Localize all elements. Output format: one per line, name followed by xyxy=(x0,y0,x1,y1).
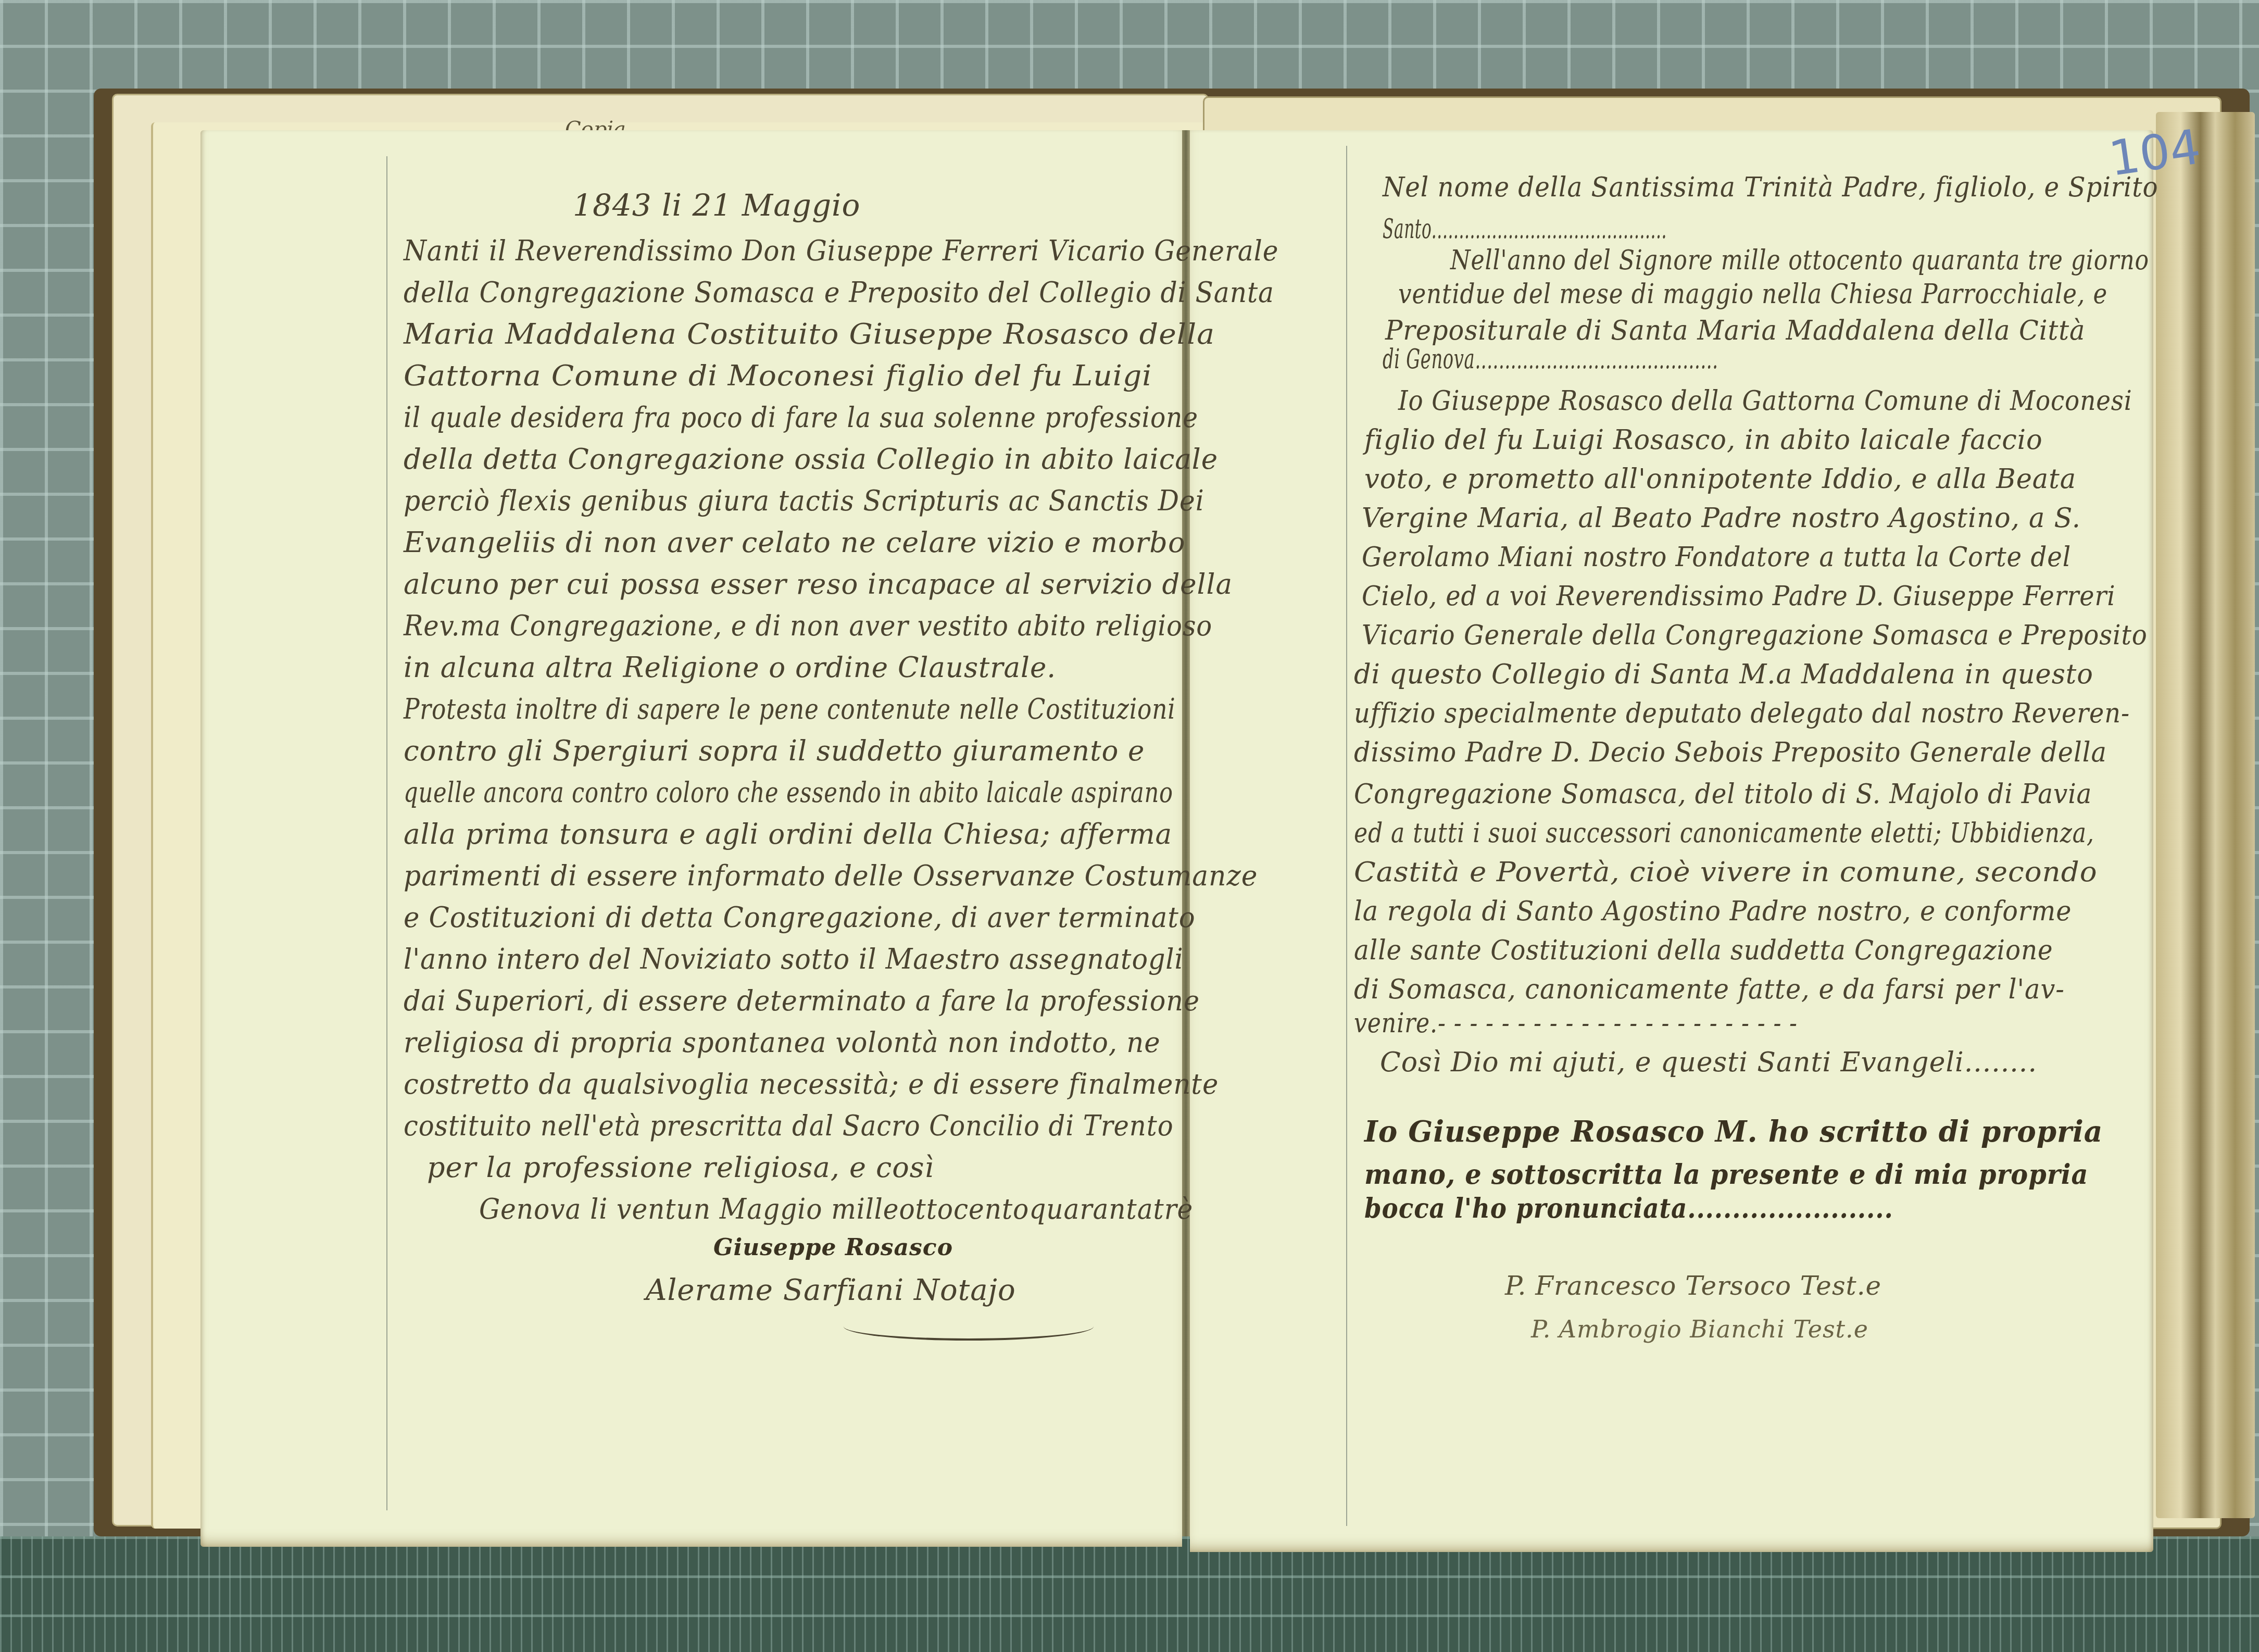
right-margin-rule xyxy=(1346,146,1347,1526)
manuscript-line: di Genova...............................… xyxy=(1383,344,1718,375)
manuscript-line: Nanti il Reverendissimo Don Giuseppe Fer… xyxy=(404,234,1278,267)
manuscript-line: Santo...................................… xyxy=(1383,214,1667,245)
manuscript-line: il quale desidera fra poco di fare la su… xyxy=(404,401,1198,434)
witness-signature: P. Ambrogio Bianchi Test.e xyxy=(1531,1315,1868,1343)
attestation-line: Io Giuseppe Rosasco M. ho scritto di pro… xyxy=(1364,1115,2103,1149)
manuscript-line: Gerolamo Miani nostro Fondatore a tutta … xyxy=(1362,542,2071,573)
manuscript-line: quelle ancora contro coloro che essendo … xyxy=(404,776,1173,809)
manuscript-line: dissimo Padre D. Decio Sebois Preposito … xyxy=(1354,737,2107,768)
manuscript-line: Prepositurale di Santa Maria Maddalena d… xyxy=(1385,315,2086,346)
manuscript-line: alle sante Costituzioni della suddetta C… xyxy=(1354,935,2053,966)
date-heading: 1843 li 21 Maggio xyxy=(573,187,861,223)
manuscript-line: costretto da qualsivoglia necessità; e d… xyxy=(404,1068,1219,1100)
manuscript-line: Evangeliis di non aver celato ne celare … xyxy=(404,526,1185,559)
manuscript-line: di questo Collegio di Santa M.a Maddalen… xyxy=(1354,659,2093,690)
notary-flourish xyxy=(844,1312,1094,1341)
manuscript-line: Nel nome della Santissima Trinità Padre,… xyxy=(1383,172,2158,203)
manuscript-line: Rev.ma Congregazione, e di non aver vest… xyxy=(404,609,1212,642)
manuscript-line: perciò flexis genibus giura tactis Scrip… xyxy=(404,484,1204,517)
manuscript-line: la regola di Santo Agostino Padre nostro… xyxy=(1354,896,2072,927)
manuscript-line: parimenti di essere informato delle Osse… xyxy=(404,859,1258,892)
manuscript-line: Congregazione Somasca, del titolo di S. … xyxy=(1354,779,2092,810)
manuscript-line: Io Giuseppe Rosasco della Gattorna Comun… xyxy=(1398,385,2132,417)
manuscript-line: alcuno per cui possa esser reso incapace… xyxy=(404,568,1233,600)
attestation-line: mano, e sottoscritta la presente e di mi… xyxy=(1364,1159,2088,1191)
manuscript-line: l'anno intero del Noviziato sotto il Mae… xyxy=(404,943,1184,975)
manuscript-line: ed a tutti i suoi successori canonicamen… xyxy=(1354,818,2094,849)
left-margin-rule xyxy=(386,156,387,1510)
manuscript-line: della detta Congregazione ossia Collegio… xyxy=(404,443,1218,475)
signature-rosasco: Giuseppe Rosasco xyxy=(713,1234,953,1261)
attestation-line: bocca l'ho pronunciata..................… xyxy=(1364,1193,1893,1224)
signature-notary: Alerame Sarfiani Notajo xyxy=(646,1273,1016,1307)
manuscript-line: ventidue del mese di maggio nella Chiesa… xyxy=(1398,279,2107,310)
manuscript-line: Vicario Generale della Congregazione Som… xyxy=(1362,620,2148,651)
witness-signature: P. Francesco Tersoco Test.e xyxy=(1505,1271,1881,1301)
manuscript-line: Protesta inoltre di sapere le pene conte… xyxy=(404,693,1176,725)
manuscript-line: uffizio specialmente deputato delegato d… xyxy=(1354,698,2130,729)
manuscript-line: figlio del fu Luigi Rosasco, in abito la… xyxy=(1364,424,2043,456)
manuscript-line: di Somasca, canonicamente fatte, e da fa… xyxy=(1354,974,2065,1005)
manuscript-line: contro gli Spergiuri sopra il suddetto g… xyxy=(404,734,1145,767)
torn-page-edges xyxy=(2156,112,2255,1518)
manuscript-line: Nell'anno del Signore mille ottocento qu… xyxy=(1450,245,2149,276)
manuscript-line: Così Dio mi ajuti, e questi Santi Evange… xyxy=(1380,1047,2037,1078)
manuscript-line: Maria Maddalena Costituito Giuseppe Rosa… xyxy=(404,318,1215,351)
manuscript-line: costituito nell'età prescritta dal Sacro… xyxy=(404,1109,1174,1142)
manuscript-line: Gattorna Comune di Moconesi figlio del f… xyxy=(404,359,1152,392)
manuscript-line: in alcuna altra Religione o ordine Claus… xyxy=(404,651,1056,684)
manuscript-line: dai Superiori, di essere determinato a f… xyxy=(404,984,1200,1017)
manuscript-line: Castità e Povertà, cioè vivere in comune… xyxy=(1354,857,2098,888)
manuscript-line: della Congregazione Somasca e Preposito … xyxy=(404,276,1274,309)
bottom-grid-mat xyxy=(0,1536,2259,1652)
closing-date-line: Genova li ventun Maggio milleottocentoqu… xyxy=(479,1193,1193,1225)
manuscript-line: Cielo, ed a voi Reverendissimo Padre D. … xyxy=(1362,581,2116,612)
manuscript-line: voto, e prometto all'onnipotente Iddio, … xyxy=(1364,464,2076,495)
manuscript-line: venire.- - - - - - - - - - - - - - - - -… xyxy=(1354,1008,1798,1039)
manuscript-line: religiosa di propria spontanea volontà n… xyxy=(404,1026,1161,1059)
manuscript-line: Vergine Maria, al Beato Padre nostro Ago… xyxy=(1362,503,2081,534)
manuscript-line: alla prima tonsura e agli ordini della C… xyxy=(404,818,1172,850)
manuscript-line: e Costituzioni di detta Congregazione, d… xyxy=(404,901,1196,934)
manuscript-line: per la professione religiosa, e così xyxy=(427,1151,934,1184)
